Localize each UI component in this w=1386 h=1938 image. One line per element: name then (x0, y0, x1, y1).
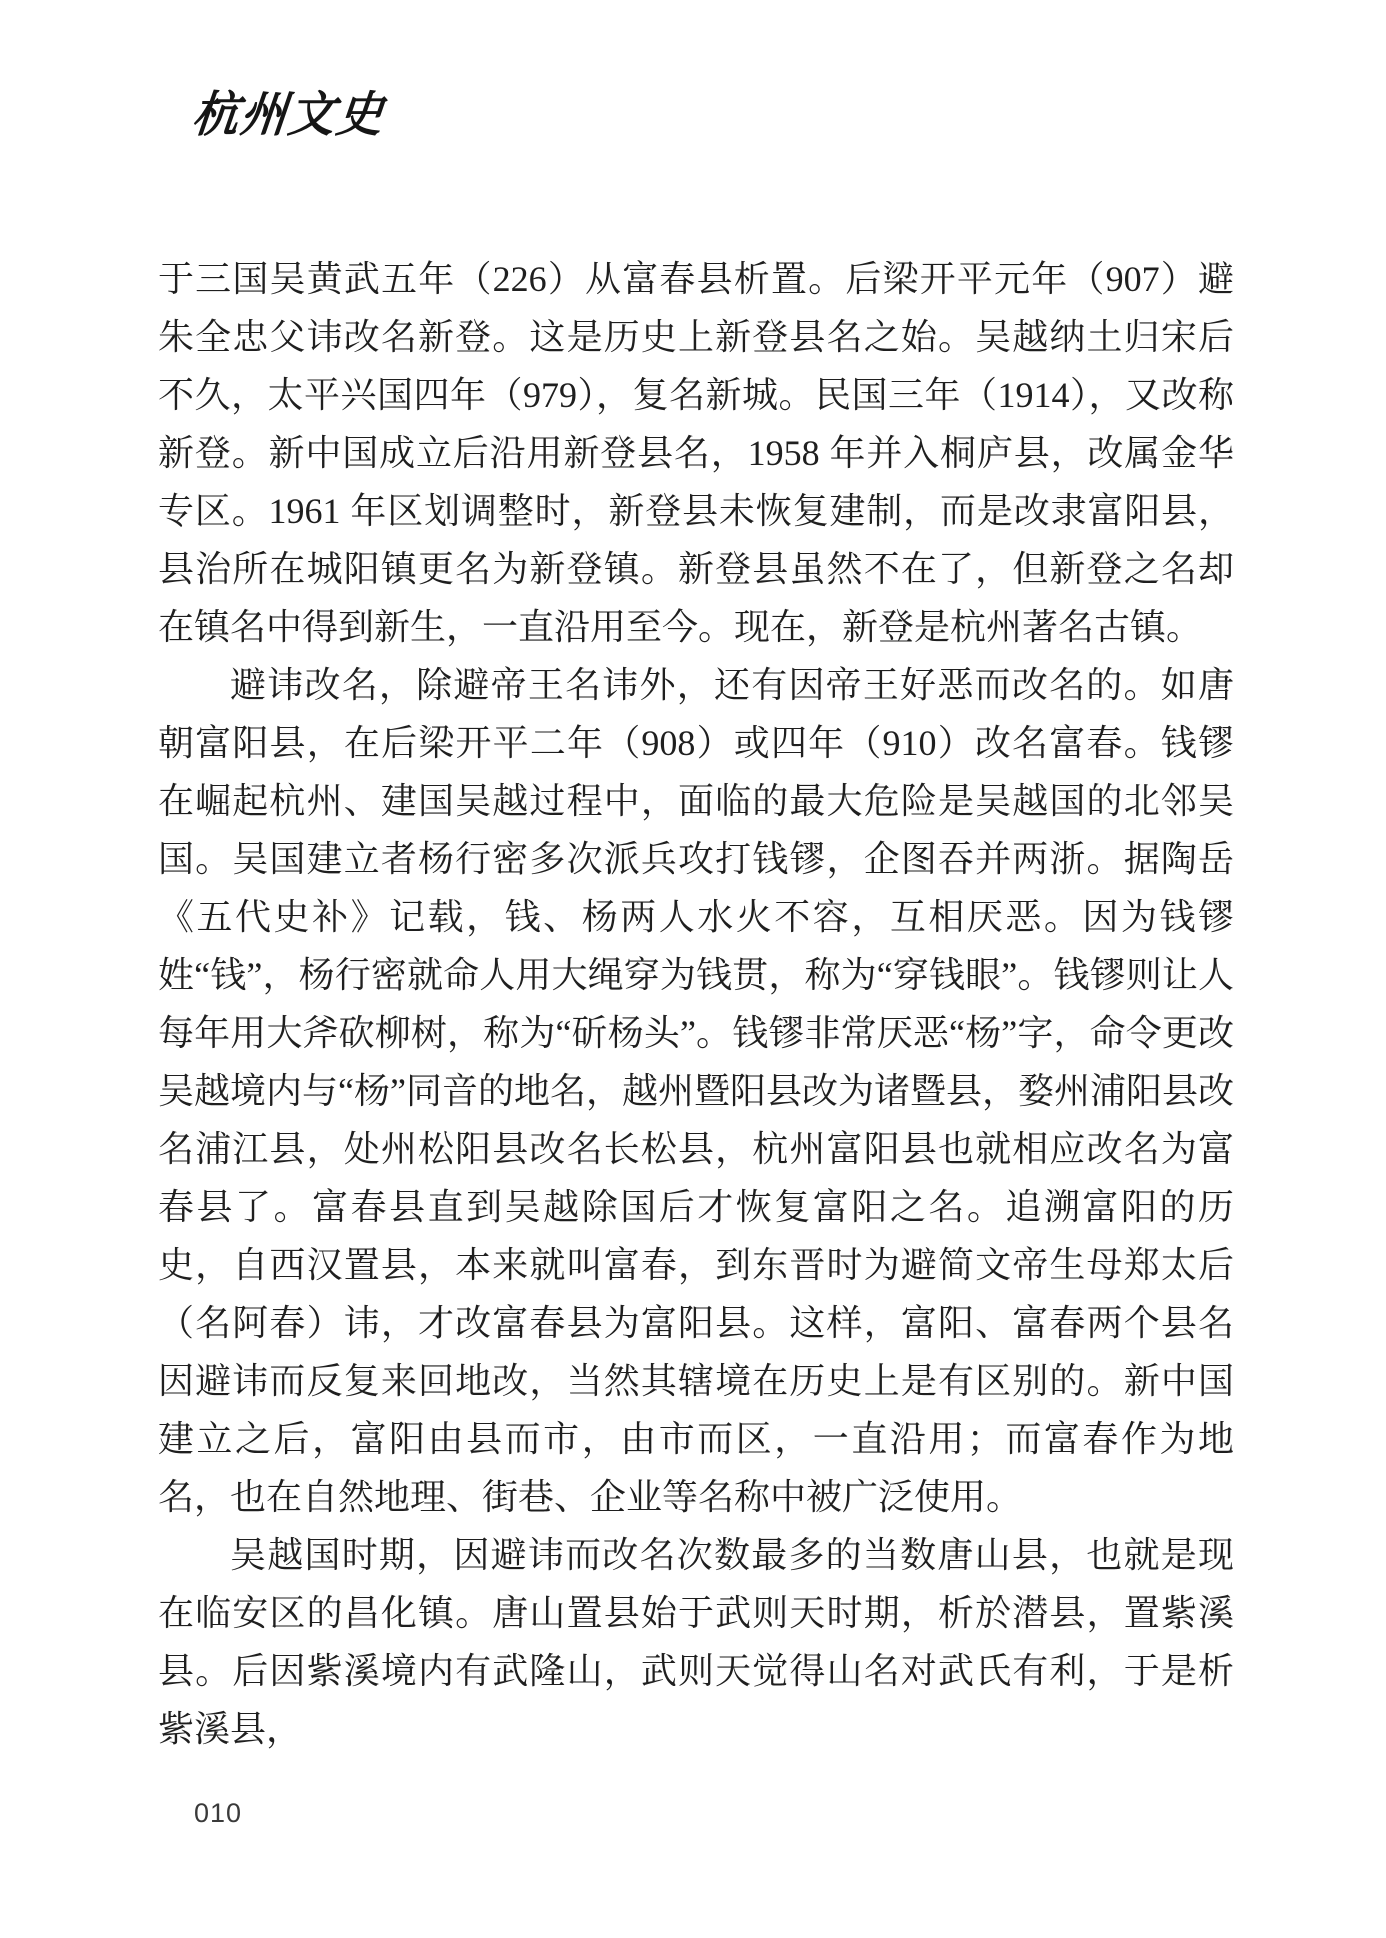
body-paragraph: 于三国吴黄武五年（226）从富春县析置。后梁开平元年（907）避朱全忠父讳改名新… (158, 250, 1234, 656)
body-paragraph: 避讳改名，除避帝王名讳外，还有因帝王好恶而改名的。如唐朝富阳县，在后梁开平二年（… (158, 656, 1234, 1526)
page-number: 010 (194, 1798, 242, 1829)
body-paragraph: 吴越国时期，因避讳而改名次数最多的当数唐山县，也就是现在临安区的昌化镇。唐山置县… (158, 1526, 1234, 1758)
book-page: 杭州文史 于三国吴黄武五年（226）从富春县析置。后梁开平元年（907）避朱全忠… (0, 0, 1386, 1938)
magazine-logo: 杭州文史 (189, 76, 388, 145)
body-text: 于三国吴黄武五年（226）从富春县析置。后梁开平元年（907）避朱全忠父讳改名新… (158, 250, 1234, 1758)
